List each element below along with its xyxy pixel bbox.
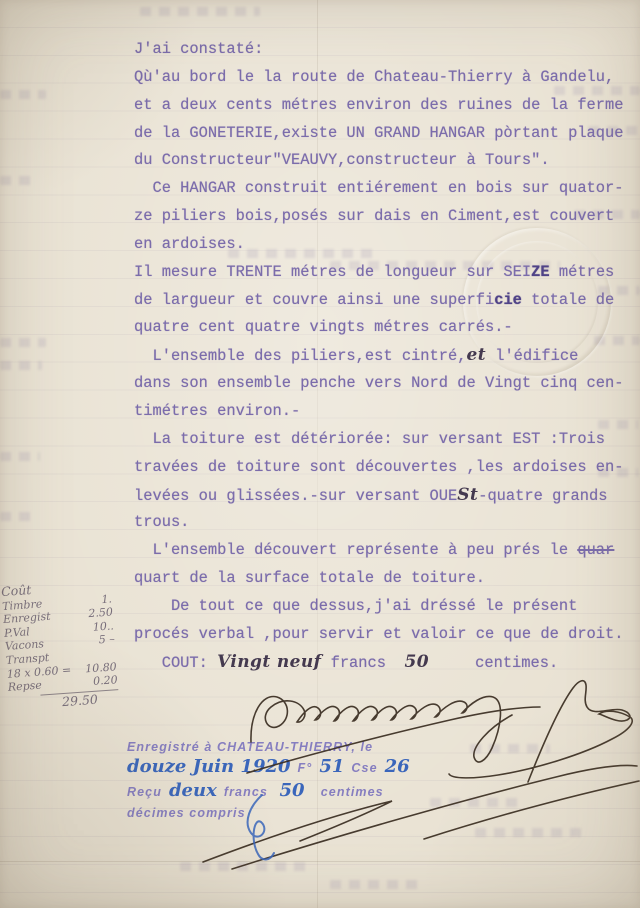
text-line: Reçudeuxfrancs 50 centimes — [127, 780, 410, 801]
horizontal-fold-crease — [0, 861, 640, 862]
text-line: L'ensemble des piliers,est cintré,et l'é… — [134, 342, 640, 370]
text-line: du Constructeur"VEAUVY,constructeur à To… — [134, 147, 640, 175]
margin-cost-notes: Coût Timbre1.Enregist2.50P.Val10..Vacons… — [1, 577, 124, 712]
bleedthrough-smudge — [430, 798, 520, 807]
text-line: J'ai constaté: — [134, 36, 640, 64]
text-line: décimes compris — [127, 806, 410, 820]
bleedthrough-smudge — [0, 90, 46, 99]
text-line: travées de toiture sont découvertes ,les… — [134, 454, 640, 482]
bleedthrough-smudge — [0, 338, 46, 347]
text-line: La toiture est détériorée: sur versant E… — [134, 426, 640, 454]
text-line: L'ensemble découvert représente à peu pr… — [134, 537, 640, 565]
text-line: en ardoises. — [134, 231, 640, 259]
text-line: douze Juin 1920F°51Cse26 — [127, 756, 410, 777]
text-line: Enregistré à CHATEAU-THIERRY, le — [127, 740, 410, 754]
text-line: trous. — [134, 509, 640, 537]
bleedthrough-smudge — [330, 880, 420, 889]
signature-stroke — [449, 681, 632, 782]
text-line: quatre cent quatre vingts métres carrés.… — [134, 314, 640, 342]
text-line: De tout ce que dessus,j'ai dréssé le pré… — [134, 593, 640, 621]
typed-body: J'ai constaté:Qù'au bord le la route de … — [134, 36, 640, 676]
text-line: Il mesure TRENTE métres de longueur sur … — [134, 259, 640, 287]
document-page: J'ai constaté:Qù'au bord le la route de … — [0, 0, 640, 908]
margin-cost-items: Timbre1.Enregist2.50P.Val10..Vacons5 –Tr… — [2, 592, 122, 695]
bleedthrough-smudge — [140, 7, 260, 16]
margin-cost-total: 29.50 — [40, 689, 119, 710]
bleedthrough-smudge — [475, 828, 585, 837]
text-line: Ce HANGAR construit entiérement en bois … — [134, 175, 640, 203]
text-line: timétres environ.- — [134, 398, 640, 426]
bleedthrough-smudge — [180, 862, 310, 871]
text-line: COUT: Vingt neuf francs 50 centimes. — [134, 649, 640, 677]
registration-stamp: Enregistré à CHATEAU-THIERRY, ledouze Ju… — [127, 740, 410, 820]
text-line: de la GONETERIE,existe UN GRAND HANGAR p… — [134, 120, 640, 148]
text-line: ze piliers bois,posés sur dais en Ciment… — [134, 203, 640, 231]
bleedthrough-smudge — [470, 744, 550, 753]
bleedthrough-smudge — [0, 512, 36, 521]
signature-paraphe — [424, 781, 639, 839]
text-line: dans son ensemble penche vers Nord de Vi… — [134, 370, 640, 398]
text-line: de largueur et couvre ainsi une superfic… — [134, 287, 640, 315]
text-line: quart de la surface totale de toiture. — [134, 565, 640, 593]
text-line: procés verbal ,pour servir et valoir ce … — [134, 621, 640, 649]
bleedthrough-smudge — [0, 452, 40, 461]
bleedthrough-smudge — [0, 176, 36, 185]
text-line: levées ou glissées.-sur versant OUESt-qu… — [134, 482, 640, 510]
text-line: et a deux cents métres environ des ruine… — [134, 92, 640, 120]
bleedthrough-smudge — [0, 361, 42, 370]
text-line: Qù'au bord le la route de Chateau-Thierr… — [134, 64, 640, 92]
